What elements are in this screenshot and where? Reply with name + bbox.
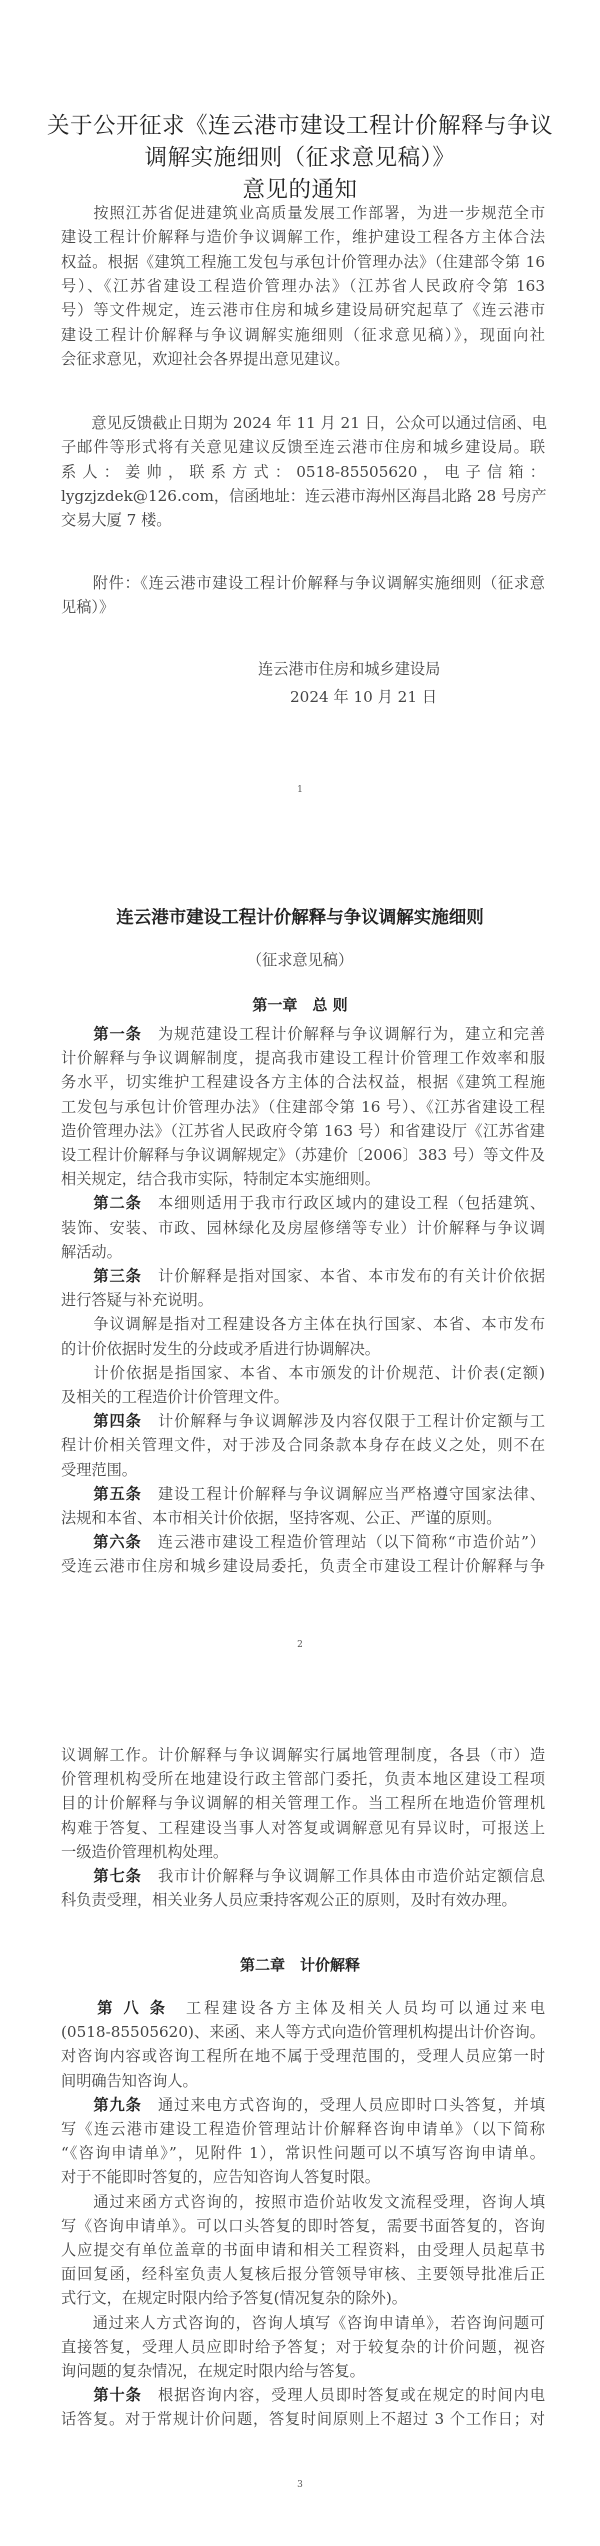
text-line: 通过来人方式咨询的，咨询人填写《咨询申请单》，若咨询问题可 [61,2313,545,2333]
article-line: 第七条 我市计价解释与争议调解工作具体由市造价站定额信息 [61,1866,545,1886]
text-line: 构难于答复、工程建设当事人对答复或调解意见有异议时，可报送上 [61,1818,545,1838]
line-text: 价管理机构受所在地建设行政主管部门委托，负责本地区建设工程项 [61,1770,545,1788]
text-line: 建设工程计价解释与争议调解实施细则（征求意见稿）》，现面向社 [61,325,545,345]
line-text: 的计价依据时发生的分歧或矛盾进行协调解决。 [61,1340,380,1358]
line-text: 设工程计价解释与争议调解规定》（苏建价〔2006〕383 号）等文件及 [61,1146,545,1164]
line-text: 科负责受理，相关业务人员应秉持客观公正的原则，及时有效办理。 [61,1891,517,1909]
text-line: 会征求意见，欢迎社会各界提出意见建议。 [61,349,545,369]
text-line: 受理范围。 [61,1460,545,1480]
line-text: 根据咨询内容，受理人员即时答复或在规定的时间内电 [142,2386,545,2404]
article-number: 第三条 [61,1267,142,1285]
article-line: 第一条 为规范建设工程计价解释与争议调解行为，建立和完善 [61,1024,545,1044]
article-number: 第五条 [61,1485,142,1503]
article-number: 第四条 [61,1412,142,1430]
line-text: 装饰、安装、市政、园林绿化及房屋修缮等专业）计价解释与争议调 [61,1219,545,1237]
line-text: 写《咨询申请单》。可以口头答复的即时答复，需要书面答复的，咨询 [61,2217,545,2235]
chapter-1-heading: 第一章 总 则 [0,994,600,1015]
page-number-3: 3 [0,2480,600,2490]
line-text: 受理范围。 [61,1461,137,1479]
article-number: 第 八 条 [61,1999,168,2017]
text-line: lygzjzdek@126.com，信函地址：连云港市海州区海昌北路 28 号房… [61,486,545,506]
text-line: (0518-85505620)、来函、来人等方式向造价管理机构提出计价咨询。 [61,2022,545,2042]
text-line: 程计价相关管理文件，对于涉及合同条款本身存在歧义之处，则不在 [61,1435,545,1455]
line-text: “《咨询申请单》”，见附件 1），常识性问题可以不填写咨询申请单。 [61,2144,545,2162]
text-line: 进行答疑与补充说明。 [61,1290,545,1310]
text-line: 交易大厦 7 楼。 [61,510,545,530]
article-line: 第十条 根据咨询内容，受理人员即时答复或在规定的时间内电 [61,2385,545,2405]
rules-subtitle: （征求意见稿） [0,949,600,970]
line-text: 计价依据是指国家、本省、本市颁发的计价规范、计价表(定额) [61,1364,545,1382]
line-text: 计价解释是指对国家、本省、本市发布的有关计价依据 [142,1267,545,1285]
article-number: 第六条 [61,1533,142,1551]
text-line: 计价解释与争议调解制度，提高我市建设工程计价管理工作效率和服 [61,1048,545,1068]
notice-title-line-3: 意见的通知 [0,172,600,204]
text-line: 写《咨询申请单》。可以口头答复的即时答复，需要书面答复的，咨询 [61,2216,545,2236]
text-line: 争议调解是指对工程建设各方主体在执行国家、本省、本市发布 [61,1314,545,1334]
text-line: 询问题的复杂情况，在规定时限内给与答复。 [61,2361,545,2381]
text-line: 工发包与承包计价管理办法》（住建部令第 16 号）、《江苏省建设工程 [61,1097,545,1117]
signature-date: 2024 年 10 月 21 日 [290,686,437,707]
line-text: 受连云港市住房和城乡建设局委托，负责全市建设工程计价解释与争 [61,1557,545,1575]
text-line: 号）等文件规定，连云港市住房和城乡建设局研究起草了《连云港市 [61,300,545,320]
text-line: 对咨询内容或咨询工程所在地不属于受理范围的，受理人员应第一时 [61,2046,545,2066]
line-text: (0518-85505620)、来函、来人等方式向造价管理机构提出计价咨询。 [61,2023,545,2041]
line-text: 及相关的工程造价计价管理文件。 [61,1388,289,1406]
text-line: 子邮件等形式将有关意见建议反馈至连云港市住房和城乡建设局。联 [61,437,545,457]
text-line: 解活动。 [61,1242,545,1262]
article-number: 第二条 [61,1194,142,1212]
line-text: 询问题的复杂情况，在规定时限内给与答复。 [61,2362,365,2380]
line-text: 通过来人方式咨询的，咨询人填写《咨询申请单》，若咨询问题可 [61,2314,545,2332]
text-line: 的计价依据时发生的分歧或矛盾进行协调解决。 [61,1339,545,1359]
text-line: 价管理机构受所在地建设行政主管部门委托，负责本地区建设工程项 [61,1769,545,1789]
rules-title: 连云港市建设工程计价解释与争议调解实施细则 [0,904,600,929]
text-line: 系 人 ： 姜 帅 ， 联 系 方 式 ： 0518-85505620 ， 电 … [61,462,545,482]
line-text: 人应提交有单位盖章的书面申请和相关工程资料，由受理人员起草书 [61,2241,545,2259]
line-text: 通过来电方式咨询的，受理人员应即时口头答复，并填 [142,2096,545,2114]
text-line: 附件：《连云港市建设工程计价解释与争议调解实施细则（征求意 [61,573,545,593]
text-line: 务水平，切实维护工程建设各方主体的合法权益，根据《建筑工程施 [61,1072,545,1092]
line-text: 计价解释与争议调解制度，提高我市建设工程计价管理工作效率和服 [61,1049,545,1067]
notice-title-line-2: 调解实施细则（征求意见稿）》 [0,140,600,172]
article-line: 第五条 建设工程计价解释与争议调解应当严格遵守国家法律、 [61,1484,545,1504]
text-line: “《咨询申请单》”，见附件 1），常识性问题可以不填写咨询申请单。 [61,2143,545,2163]
text-line: 权益。根据《建筑工程施工发包与承包计价管理办法》（住建部令第 16 [61,252,545,272]
text-line: 意见反馈截止日期为 2024 年 11 月 21 日，公众可以通过信函、电 [61,413,545,433]
article-number: 第九条 [61,2096,142,2114]
text-line: 装饰、安装、市政、园林绿化及房屋修缮等专业）计价解释与争议调 [61,1218,545,1238]
text-line: 写《连云港市建设工程造价管理站计价解释咨询申请单》（以下简称 [61,2119,545,2139]
line-text: 建设工程计价解释与争议调解应当严格遵守国家法律、 [142,1485,545,1503]
line-text: 一级造价管理机构处理。 [61,1843,228,1861]
line-text: 解活动。 [61,1243,122,1261]
line-text: 务水平，切实维护工程建设各方主体的合法权益，根据《建筑工程施 [61,1073,545,1091]
text-line: 一级造价管理机构处理。 [61,1842,545,1862]
line-text: 式行文，在规定时限内给予答复(情况复杂的除外)。 [61,2289,407,2307]
line-text: 相关规定，结合我市实际，特制定本实施细则。 [61,1170,380,1188]
text-line: 对于不能即时答复的，应告知咨询人答复时限。 [61,2167,545,2187]
article-line: 第六条 连云港市建设工程造价管理站（以下简称“市造价站”） [61,1532,545,1552]
line-text: 工发包与承包计价管理办法》（住建部令第 16 号）、《江苏省建设工程 [61,1098,545,1116]
line-text: 为规范建设工程计价解释与争议调解行为，建立和完善 [142,1025,545,1043]
article-line: 第四条 计价解释与争议调解涉及内容仅限于工程计价定额与工 [61,1411,545,1431]
text-line: 议调解工作。计价解释与争议调解实行属地管理制度，各县（市）造 [61,1745,545,1765]
chapter-2-heading: 第二章 计价解释 [0,1954,600,1975]
text-line: 通过来函方式咨询的，按照市造价站收发文流程受理，咨询人填 [61,2192,545,2212]
text-line: 设工程计价解释与争议调解规定》（苏建价〔2006〕383 号）等文件及 [61,1145,545,1165]
text-line: 按照江苏省促进建筑业高质量发展工作部署，为进一步规范全市 [61,203,545,223]
text-line: 号）、《江苏省建设工程造价管理办法》（江苏省人民政府令第 163 [61,276,545,296]
signature-org: 连云港市住房和城乡建设局 [258,658,440,679]
text-line: 见稿）》 [61,597,545,617]
article-number: 第一条 [61,1025,142,1043]
text-line: 话答复。对于常规计价问题，答复时间原则上不超过 3 个工作日；对 [61,2409,545,2429]
line-text: 造价管理办法》（江苏省人民政府令第 163 号）和省建设厅《江苏省建 [61,1122,545,1140]
line-text: 法规和本省、本市相关计价依据，坚持客观、公正、严谨的原则。 [61,1509,501,1527]
notice-title-line-1: 关于公开征求《连云港市建设工程计价解释与争议 [0,108,600,140]
page-number-2: 2 [0,1640,600,1650]
article-number: 第十条 [61,2386,142,2404]
line-text: 目的计价解释与争议调解的相关管理工作。当工程所在地造价管理机 [61,1794,545,1812]
line-text: 议调解工作。计价解释与争议调解实行属地管理制度，各县（市）造 [61,1746,545,1764]
text-line: 面回复函，经科室负责人复核后报分管领导审核、主要领导批准后正 [61,2264,545,2284]
text-line: 间明确告知咨询人。 [61,2071,545,2091]
line-text: 连云港市建设工程造价管理站（以下简称“市造价站”） [142,1533,545,1551]
text-line: 造价管理办法》（江苏省人民政府令第 163 号）和省建设厅《江苏省建 [61,1121,545,1141]
line-text: 面回复函，经科室负责人复核后报分管领导审核、主要领导批准后正 [61,2265,545,2283]
text-line: 人应提交有单位盖章的书面申请和相关工程资料，由受理人员起草书 [61,2240,545,2260]
line-text: 进行答疑与补充说明。 [61,1291,213,1309]
line-text: 写《连云港市建设工程造价管理站计价解释咨询申请单》（以下简称 [61,2120,545,2138]
article-line: 第 八 条 工程建设各方主体及相关人员均可以通过来电 [61,1998,545,2018]
line-text: 对于不能即时答复的，应告知咨询人答复时限。 [61,2168,380,2186]
line-text: 间明确告知咨询人。 [61,2072,198,2090]
text-line: 法规和本省、本市相关计价依据，坚持客观、公正、严谨的原则。 [61,1508,545,1528]
line-text: 构难于答复、工程建设当事人对答复或调解意见有异议时，可报送上 [61,1819,545,1837]
text-line: 相关规定，结合我市实际，特制定本实施细则。 [61,1169,545,1189]
line-text: 对咨询内容或咨询工程所在地不属于受理范围的，受理人员应第一时 [61,2047,545,2065]
text-line: 直接答复，受理人员应即时给予答复；对于较复杂的计价问题，视咨 [61,2337,545,2357]
text-line: 科负责受理，相关业务人员应秉持客观公正的原则，及时有效办理。 [61,1890,545,1910]
line-text: 我市计价解释与争议调解工作具体由市造价站定额信息 [142,1867,545,1885]
article-line: 第九条 通过来电方式咨询的，受理人员应即时口头答复，并填 [61,2095,545,2115]
line-text: 直接答复，受理人员应即时给予答复；对于较复杂的计价问题，视咨 [61,2338,545,2356]
article-line: 第三条 计价解释是指对国家、本省、本市发布的有关计价依据 [61,1266,545,1286]
line-text: 程计价相关管理文件，对于涉及合同条款本身存在歧义之处，则不在 [61,1436,545,1454]
text-line: 建设工程计价解释与造价争议调解工作，维护建设工程各方主体合法 [61,227,545,247]
text-line: 受连云港市住房和城乡建设局委托，负责全市建设工程计价解释与争 [61,1556,545,1576]
text-line: 及相关的工程造价计价管理文件。 [61,1387,545,1407]
line-text: 计价解释与争议调解涉及内容仅限于工程计价定额与工 [142,1412,545,1430]
line-text: 工程建设各方主体及相关人员均可以通过来电 [168,1999,545,2017]
line-text: 争议调解是指对工程建设各方主体在执行国家、本省、本市发布 [61,1315,545,1333]
line-text: 通过来函方式咨询的，按照市造价站收发文流程受理，咨询人填 [61,2193,545,2211]
text-line: 计价依据是指国家、本省、本市颁发的计价规范、计价表(定额) [61,1363,545,1383]
page-number-1: 1 [0,785,600,795]
article-line: 第二条 本细则适用于我市行政区域内的建设工程（包括建筑、 [61,1193,545,1213]
article-number: 第七条 [61,1867,142,1885]
text-line: 式行文，在规定时限内给予答复(情况复杂的除外)。 [61,2288,545,2308]
text-line: 目的计价解释与争议调解的相关管理工作。当工程所在地造价管理机 [61,1793,545,1813]
line-text: 本细则适用于我市行政区域内的建设工程（包括建筑、 [142,1194,545,1212]
line-text: 话答复。对于常规计价问题，答复时间原则上不超过 3 个工作日；对 [61,2410,545,2428]
